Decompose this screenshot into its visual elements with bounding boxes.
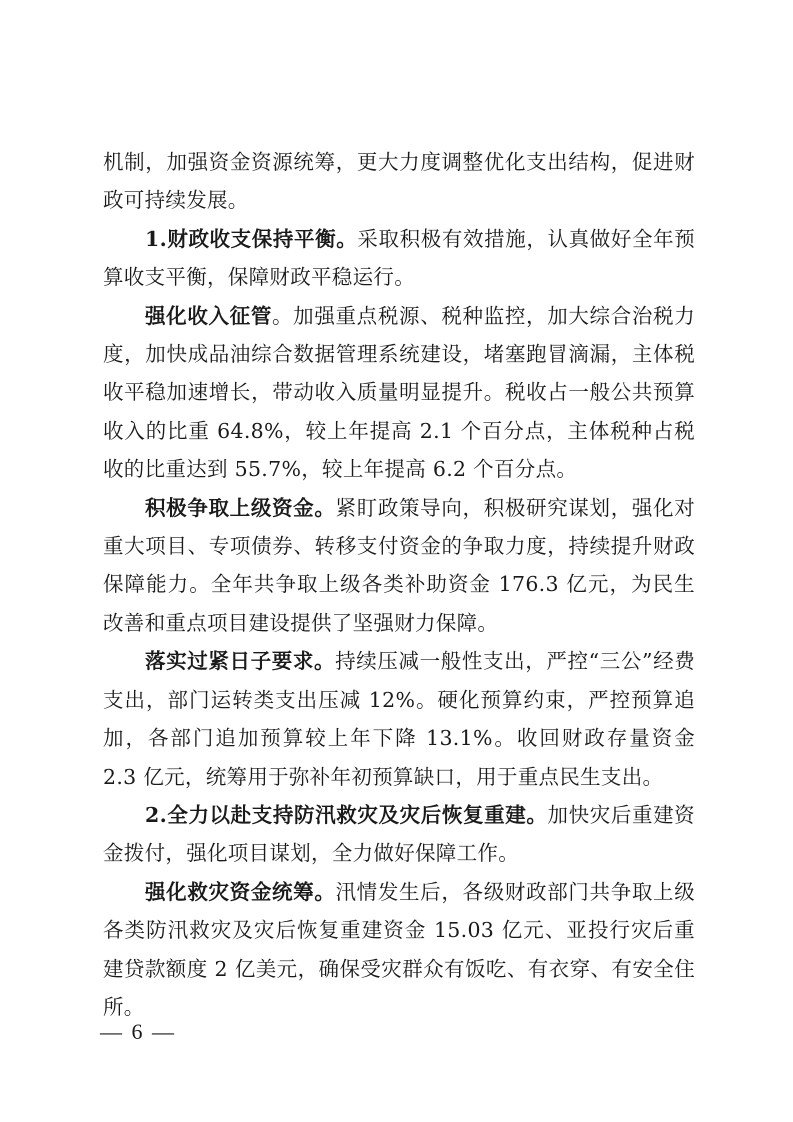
- paragraph-continuation: 机制，加强资金资源统筹，更大力度调整优化支出结构，促进财政可持续发展。: [103, 143, 695, 220]
- paragraph-lead: 1.财政收支保持平衡。: [145, 227, 357, 251]
- paragraph-text: 机制，加强资金资源统筹，更大力度调整优化支出结构，促进财政可持续发展。: [103, 150, 695, 212]
- paragraph-austerity: 落实过紧日子要求。持续压减一般性支出，严控“三公”经费支出，部门运转类支出压减 …: [103, 642, 695, 796]
- document-page: 机制，加强资金资源统筹，更大力度调整优化支出结构，促进财政可持续发展。 1.财政…: [103, 143, 695, 1026]
- paragraph-text: 。加强重点税源、税种监控，加大综合治税力度，加快成品油综合数据管理系统建设，堵塞…: [103, 304, 695, 482]
- paragraph-lead: 积极争取上级资金。: [145, 496, 336, 520]
- page-number: — 6 —: [100, 1019, 176, 1045]
- paragraph-relief-funds: 强化救灾资金统筹。汛情发生后，各级财政部门共争取上级各类防汛救灾及灾后恢复重建资…: [103, 873, 695, 1027]
- paragraph-lead: 落实过紧日子要求。: [145, 649, 335, 673]
- paragraph-fiscal-balance: 1.财政收支保持平衡。采取积极有效措施，认真做好全年预算收支平衡，保障财政平稳运…: [103, 220, 695, 297]
- paragraph-lead: 2.全力以赴支持防汛救灾及灾后恢复重建。: [145, 803, 547, 827]
- paragraph-lead: 强化收入征管: [145, 304, 272, 328]
- paragraph-superior-funds: 积极争取上级资金。紧盯政策导向，积极研究谋划，强化对重大项目、专项债券、转移支付…: [103, 489, 695, 643]
- paragraph-lead: 强化救灾资金统筹。: [145, 880, 336, 904]
- paragraph-revenue-collection: 强化收入征管。加强重点税源、税种监控，加大综合治税力度，加快成品油综合数据管理系…: [103, 297, 695, 489]
- paragraph-flood-relief: 2.全力以赴支持防汛救灾及灾后恢复重建。加快灾后重建资金拨付，强化项目谋划，全力…: [103, 796, 695, 873]
